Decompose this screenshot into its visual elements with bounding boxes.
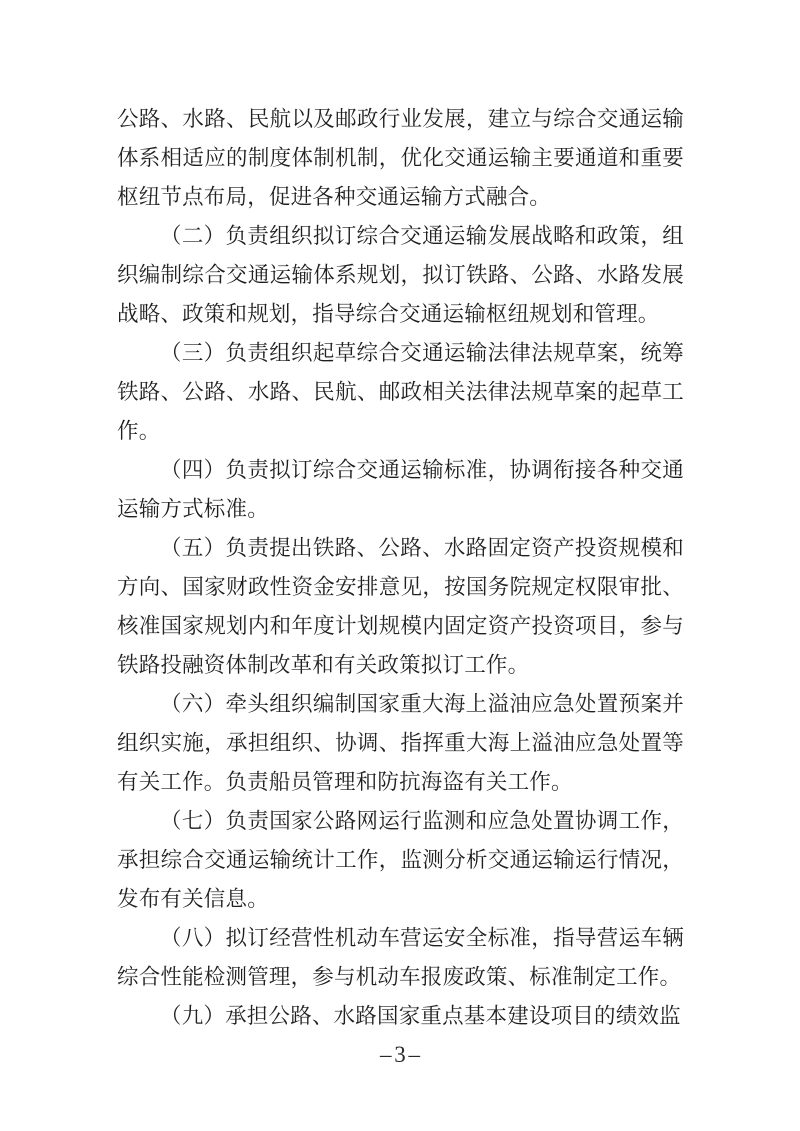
paragraph-item-4: （四）负责拟订综合交通运输标准，协调衔接各种交通运输方式标准。 (117, 451, 684, 529)
paragraph-continuation: 公路、水路、民航以及邮政行业发展，建立与综合交通运输体系相适应的制度体制机制，优… (117, 100, 684, 217)
paragraph-item-9: （九）承担公路、水路国家重点基本建设项目的绩效监 (117, 997, 684, 1036)
paragraph-item-5: （五）负责提出铁路、公路、水路固定资产投资规模和方向、国家财政性资金安排意见，按… (117, 529, 684, 685)
paragraph-item-8: （八）拟订经营性机动车营运安全标准，指导营运车辆综合性能检测管理，参与机动车报废… (117, 919, 684, 997)
paragraph-item-6: （六）牵头组织编制国家重大海上溢油应急处置预案并组织实施，承担组织、协调、指挥重… (117, 685, 684, 802)
paragraph-item-2: （二）负责组织拟订综合交通运输发展战略和政策，组织编制综合交通运输体系规划，拟订… (117, 217, 684, 334)
paragraph-item-7: （七）负责国家公路网运行监测和应急处置协调工作，承担综合交通运输统计工作，监测分… (117, 802, 684, 919)
body-text: 公路、水路、民航以及邮政行业发展，建立与综合交通运输体系相适应的制度体制机制，优… (117, 100, 684, 1036)
document-page: 公路、水路、民航以及邮政行业发展，建立与综合交通运输体系相适应的制度体制机制，优… (0, 0, 800, 1131)
page-number: – 3 – (0, 1042, 800, 1068)
paragraph-item-3: （三）负责组织起草综合交通运输法律法规草案，统筹铁路、公路、水路、民航、邮政相关… (117, 334, 684, 451)
